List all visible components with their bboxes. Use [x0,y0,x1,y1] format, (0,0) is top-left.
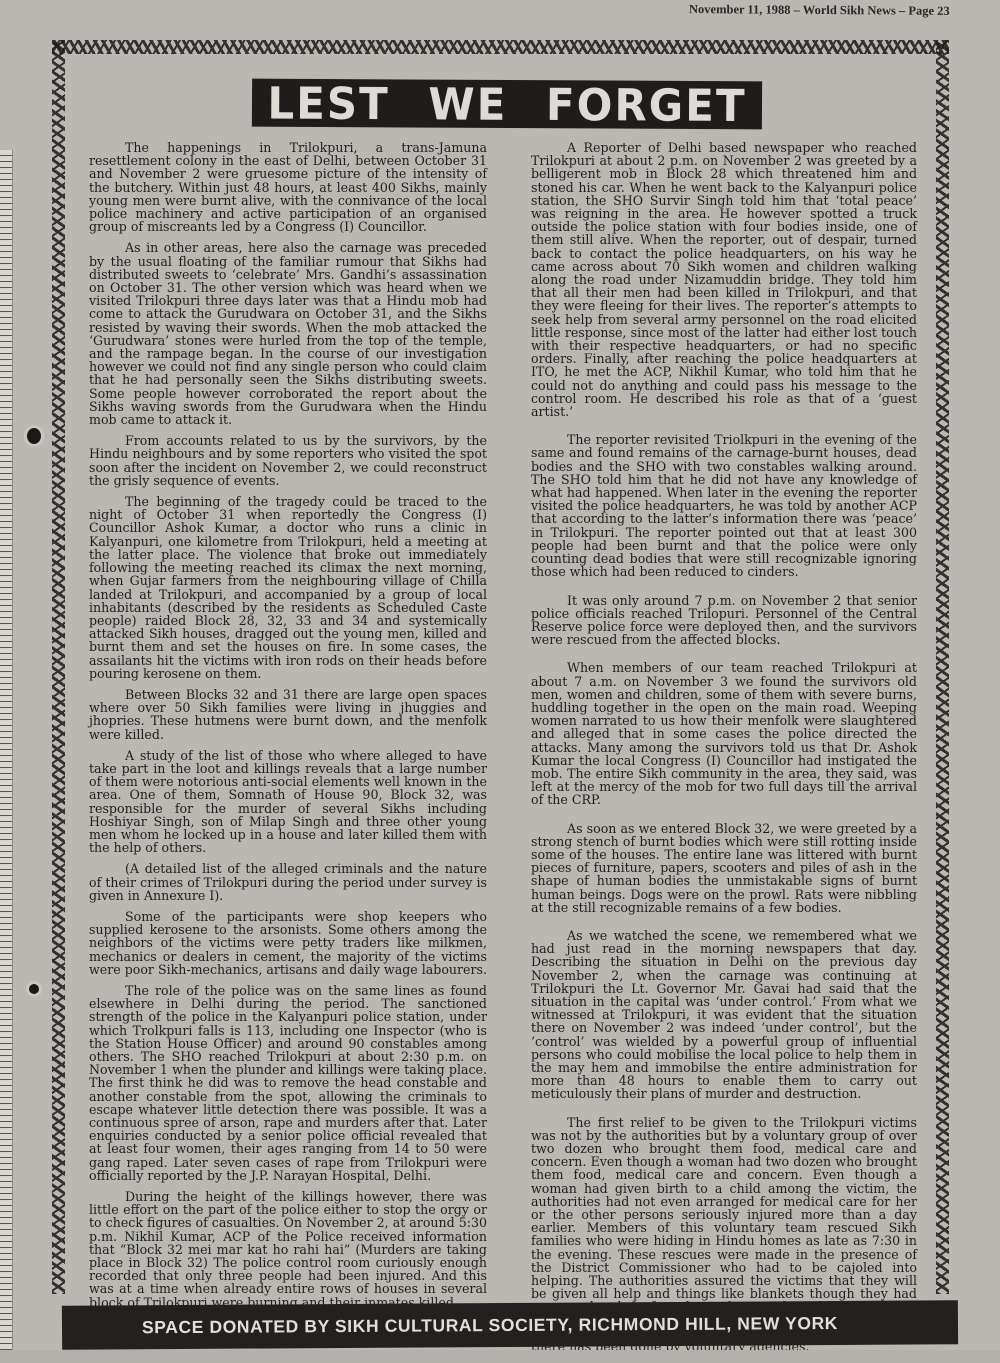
paragraph: Between Blocks 32 and 31 there are large… [89,688,487,741]
paragraph: When members of our team reached Trilokp… [531,661,917,806]
article-column-right: A Reporter of Delhi based newspaper who … [531,141,917,1361]
page-bottom-edge [0,1350,1000,1363]
border-ornament-left [52,40,65,1294]
headline: LEST WE FORGET [267,77,746,131]
sponsor-credit: SPACE DONATED BY SIKH CULTURAL SOCIETY, … [142,1312,838,1337]
paragraph: (A detailed list of the alleged criminal… [89,862,487,902]
ruler-edge [0,150,13,1363]
page-dateline: November 11, 1988 – World Sikh News – Pa… [689,2,950,19]
border-ornament-right [936,40,949,1294]
paragraph: It was only around 7 p.m. on November 2 … [531,594,917,647]
paragraph: The role of the police was on the same l… [89,984,487,1182]
paragraph: Some of the participants were shop keepe… [89,910,487,976]
paragraph: As in other areas, here also the carnage… [89,241,487,426]
paragraph: The reporter revisited Triolkpuri in the… [531,433,917,578]
punch-hole [29,984,39,994]
sponsor-banner: SPACE DONATED BY SIKH CULTURAL SOCIETY, … [62,1300,958,1349]
punch-hole [27,428,41,444]
paragraph: A Reporter of Delhi based newspaper who … [531,141,917,418]
paragraph: The beginning of the tragedy could be tr… [89,495,487,680]
paragraph: As soon as we entered Block 32, we were … [531,822,917,914]
paragraph: A study of the list of those who where a… [89,749,487,855]
article-column-left: The happenings in Trilokpuri, a trans-Ja… [89,141,487,1317]
border-ornament-top [52,40,949,54]
headline-banner: LEST WE FORGET [252,79,762,130]
paragraph: During the height of the killings howeve… [89,1190,487,1309]
paragraph: The happenings in Trilokpuri, a trans-Ja… [89,141,487,233]
paragraph: From accounts related to us by the survi… [89,434,487,487]
paragraph: As we watched the scene, we remembered w… [531,929,917,1101]
